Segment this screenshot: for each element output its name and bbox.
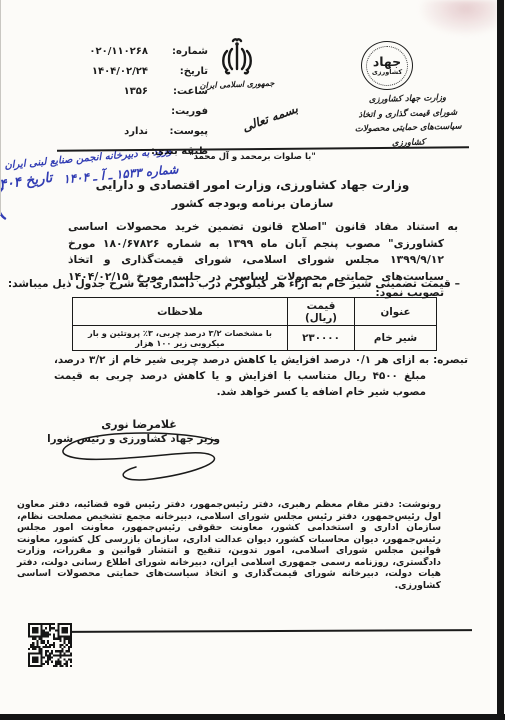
seal-word-top: جهاد [373,56,401,68]
meta-value: ندارد [124,126,148,137]
meta-value: ۱۳۵۶ [124,86,148,97]
col-header-price: قیمت (ریال) [288,298,355,326]
scanned-official-letter: شماره:۰۲۰/۱۱۰۲۶۸ تاریخ:۱۴۰۴/۰۲/۲۴ ساعت:۱… [0,0,505,720]
header-meta-fields: شماره:۰۲۰/۱۱۰۲۶۸ تاریخ:۱۴۰۴/۰۲/۲۴ ساعت:۱… [50,42,208,162]
bullet-line: – قیمت تضمینی شیر خام به ازاء هر کیلوگرم… [8,277,460,290]
table-row: شیر خام ۲۳۰۰۰۰ با مشخصات ۳/۲ درصد چربی، … [73,326,437,351]
cell-price: ۲۳۰۰۰۰ [288,326,355,351]
issuing-organization-lines: وزارت جهاد کشاورزی شورای قیمت گذاری و ات… [339,90,476,152]
besmeh-taali-calligraphy: بسمه تعالی [240,101,299,134]
meta-row-number: شماره:۰۲۰/۱۱۰۲۶۸ [50,42,208,62]
meta-value: ۱۴۰۴/۰۲/۲۴ [92,66,148,77]
scan-edge-bottom [0,714,505,720]
meta-label: پیوست: [152,122,208,142]
scan-edge-right [497,0,504,720]
meta-label: تاریخ: [152,62,208,82]
seal-word-bottom: کشاورزی [372,68,402,76]
scan-smudge [419,0,497,36]
cell-title: شیر خام [355,326,437,351]
col-header-title: عنوان [355,298,437,326]
table-header-row: عنوان قیمت (ریال) ملاحظات [73,298,437,326]
meta-row-time: ساعت:۱۳۵۶ [50,82,208,102]
meta-row-urgency: فوریت: [50,102,208,122]
cc-distribution-list: رونوشت: دفتر مقام معظم رهبری، دفتر رئیس‌… [17,499,441,591]
meta-value: ۰۲۰/۱۱۰۲۶۸ [89,46,148,57]
addressees-line-2: سازمان برنامه وبودجه کشور [0,196,505,210]
meta-label: فوریت: [152,102,208,122]
jahad-keshavarzi-seal-icon: جهاد کشاورزی [361,41,413,90]
cell-notes: با مشخصات ۳/۲ درصد چربی، ۳٪ پروتئین و با… [73,326,288,351]
qr-code [28,622,72,668]
price-table: عنوان قیمت (ریال) ملاحظات شیر خام ۲۳۰۰۰۰… [72,297,437,351]
meta-row-attachment: پیوست:ندارد [50,122,208,142]
scan-edge-left [0,0,1,215]
footer-divider-line [72,629,472,632]
signature-scrawl [48,427,226,487]
meta-row-date: تاریخ:۱۴۰۴/۰۲/۲۴ [50,62,208,82]
meta-label: شماره: [152,42,208,62]
note-paragraph: تبصره: به ازای هر ۰/۱ درصد افزایش یا کاه… [54,352,468,400]
iran-emblem-icon [218,38,256,80]
seal-inner-ring: جهاد کشاورزی [366,46,408,86]
col-header-notes: ملاحظات [73,298,288,326]
